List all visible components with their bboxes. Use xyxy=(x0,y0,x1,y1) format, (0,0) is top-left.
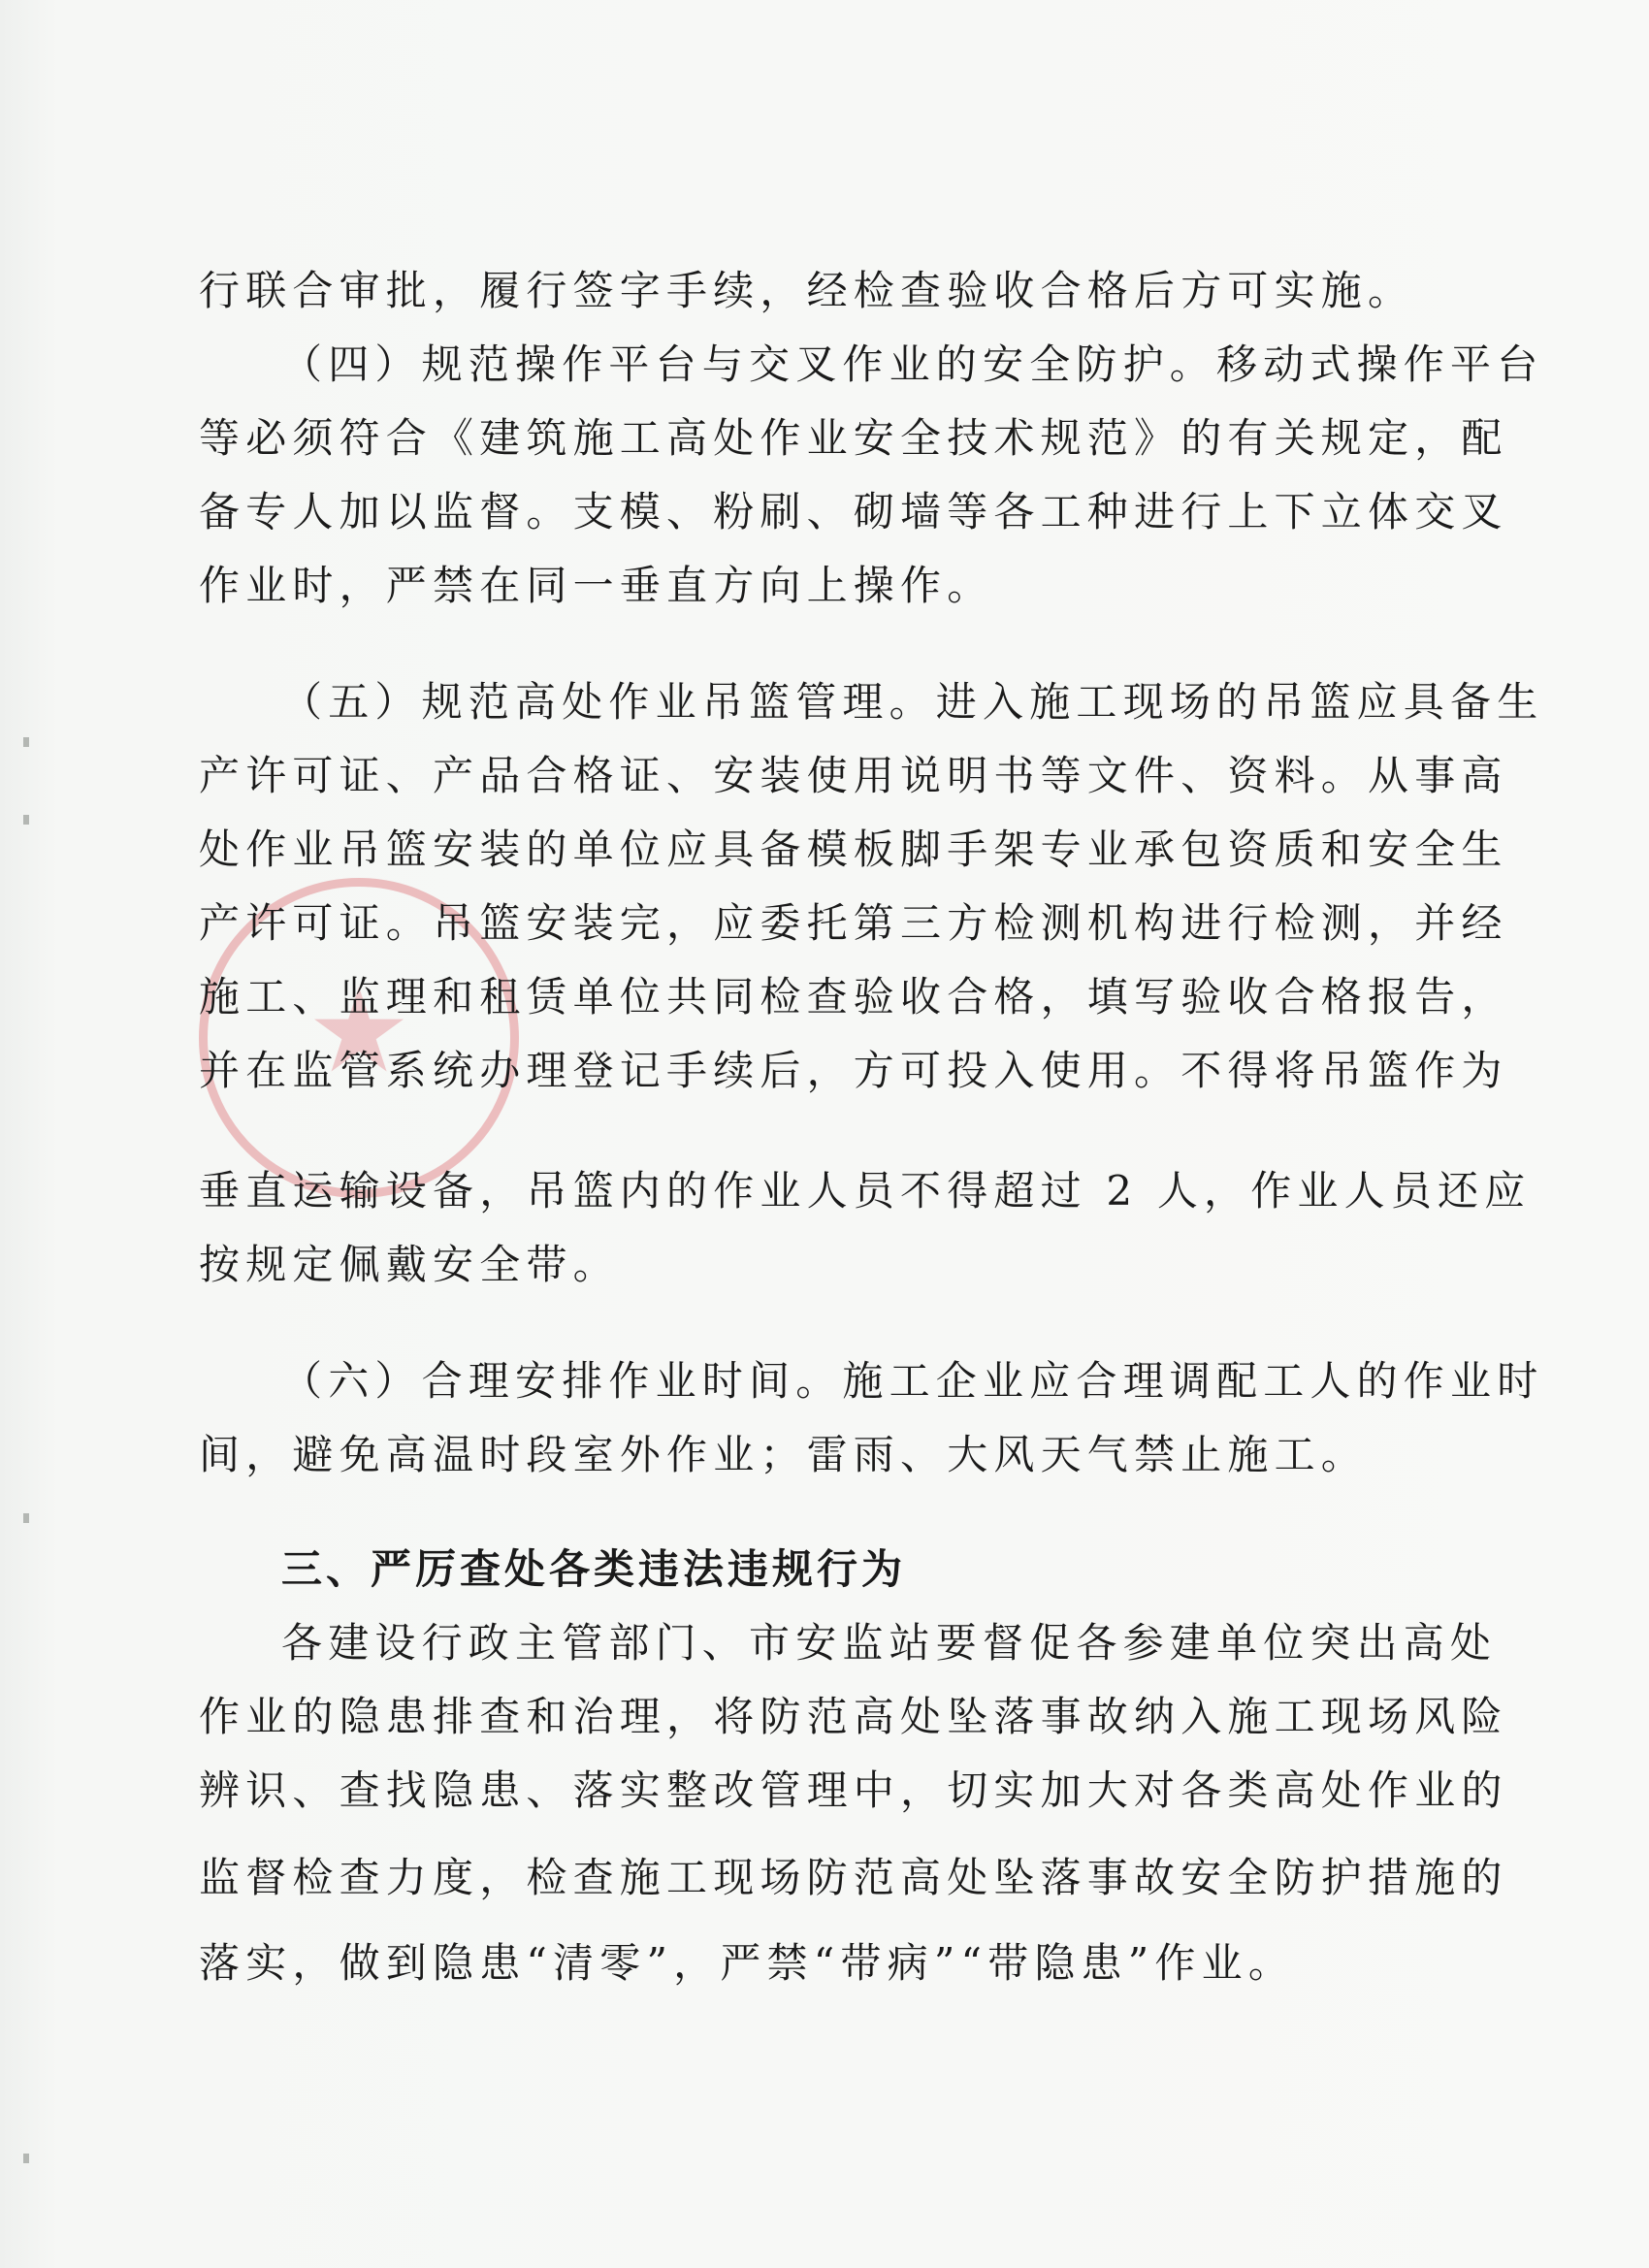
paragraph-line: （六）合理安排作业时间。施工企业应合理调配工人的作业时 xyxy=(281,1354,1543,1409)
paragraph-line: 产许可证。吊篮安装完，应委托第三方检测机构进行检测，并经 xyxy=(199,896,1508,951)
paragraph-line: 落实，做到隐患“清零”，严禁“带病”“带隐患”作业。 xyxy=(199,1936,1295,1991)
binding-mark xyxy=(23,815,29,825)
paragraph-line: 处作业吊篮安装的单位应具备模板脚手架专业承包资质和安全生 xyxy=(199,823,1508,877)
paragraph-line: 作业的隐患排查和治理，将防范高处坠落事故纳入施工现场风险 xyxy=(199,1690,1508,1744)
paragraph-line: 按规定佩戴安全带。 xyxy=(199,1238,620,1292)
paragraph-line: 辨识、查找隐患、落实整改管理中，切实加大对各类高处作业的 xyxy=(199,1764,1508,1818)
binding-mark xyxy=(23,737,29,747)
paragraph-line: 行联合审批，履行签字手续，经检查验收合格后方可实施。 xyxy=(199,264,1414,318)
document-page: ★ 行联合审批，履行签字手续，经检查验收合格后方可实施。（四）规范操作平台与交叉… xyxy=(0,0,1649,2268)
binding-mark xyxy=(23,1513,29,1523)
paragraph-line: 产许可证、产品合格证、安装使用说明书等文件、资料。从事高 xyxy=(199,749,1508,803)
paragraph-line: （五）规范高处作业吊篮管理。进入施工现场的吊篮应具备生 xyxy=(281,675,1543,729)
binding-mark xyxy=(23,2154,29,2163)
paragraph-line: 等必须符合《建筑施工高处作业安全技术规范》的有关规定，配 xyxy=(199,411,1508,466)
paragraph-line: 监督检查力度，检查施工现场防范高处坠落事故安全防护措施的 xyxy=(199,1851,1508,1905)
paragraph-line: 备专人加以监督。支模、粉刷、砌墙等各工种进行上下立体交叉 xyxy=(199,485,1508,539)
paragraph-line: 各建设行政主管部门、市安监站要督促各参建单位突出高处 xyxy=(281,1616,1497,1670)
paragraph-line: 间，避免高温时段室外作业；雷雨、大风天气禁止施工。 xyxy=(199,1428,1368,1482)
paragraph-line: 作业时，严禁在同一垂直方向上操作。 xyxy=(199,559,993,613)
paragraph-line: 垂直运输设备，吊篮内的作业人员不得超过 2 人，作业人员还应 xyxy=(199,1164,1531,1218)
section-heading: 三、严厉查处各类违法违规行为 xyxy=(281,1542,906,1597)
paragraph-line: （四）规范操作平台与交叉作业的安全防护。移动式操作平台 xyxy=(281,338,1543,392)
paragraph-line: 施工、监理和租赁单位共同检查验收合格，填写验收合格报告， xyxy=(199,970,1508,1024)
paragraph-line: 并在监管系统办理登记手续后，方可投入使用。不得将吊篮作为 xyxy=(199,1044,1508,1098)
